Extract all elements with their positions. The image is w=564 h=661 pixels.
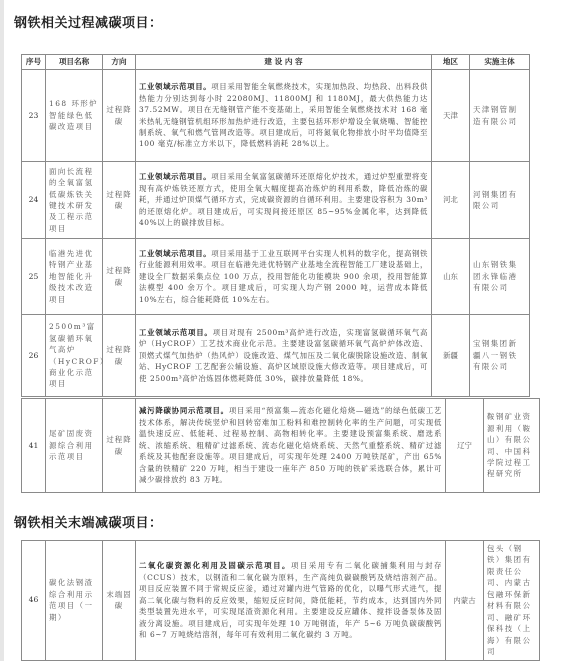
content-body: 项目采用“预富集—流态化磁化焙烧—磁选”的绿色低碳工艺技术体系，解决传统竖炉和回… xyxy=(139,406,442,484)
project-content: 工业领域示范项目。项目对现有 2500m³高炉进行改造，实现富氢碳循环氧气高炉（… xyxy=(136,315,432,397)
content-lead: 工业领域示范项目。 xyxy=(139,249,211,258)
row-no: 26 xyxy=(22,315,46,397)
project-org: 天津钢管制造有限公司 xyxy=(470,70,530,162)
project-name: 2500m³富氢碳循环氧气高炉（HyCROF）商业化示范项目 xyxy=(46,315,103,397)
header-org: 实施主体 xyxy=(470,55,530,70)
row-no: 25 xyxy=(22,239,46,315)
row-no: 23 xyxy=(22,70,46,162)
project-region: 新疆 xyxy=(432,315,470,397)
project-region: 内蒙古 xyxy=(446,541,484,661)
project-name: 临港先进优特钢产业基地智能化升级技术改造项目 xyxy=(46,239,103,315)
table-row: 26 2500m³富氢碳循环氧气高炉（HyCROF）商业化示范项目 过程降碳 工… xyxy=(22,315,530,397)
table-header-row: 序号 项目名称 方向 建 设 内 容 地区 实施主体 xyxy=(22,55,530,70)
content-lead: 减污降碳协同示范项目。 xyxy=(139,406,229,415)
row-no: 24 xyxy=(22,162,46,239)
header-name: 项目名称 xyxy=(46,55,103,70)
content-lead: 工业领域示范项目。 xyxy=(139,172,211,181)
project-org: 山东钢铁集团永锋临港有限公司 xyxy=(470,239,530,315)
project-name: 面向长流程的全氧富氢低碳炼铁关键技术研发及工程示范项目 xyxy=(46,162,103,239)
project-content: 工业领域示范项目。项目采用基于工业互联网平台实现人机料的数字化，提高钢铁行业能源… xyxy=(136,239,432,315)
project-name: 168 环形炉智能绿色低碳改造项目 xyxy=(46,70,103,162)
content-lead: 二氧化碳资源化利用及固碳示范项目。 xyxy=(139,561,291,570)
project-region: 辽宁 xyxy=(446,399,484,493)
table-row: 25 临港先进优特钢产业基地智能化升级技术改造项目 过程降碳 工业领域示范项目。… xyxy=(22,239,530,315)
project-region: 天津 xyxy=(432,70,470,162)
project-content: 工业领域示范项目。项目采用全氧富氢碳循环还原熔化炉技术，通过炉型重塑将变现有高炉… xyxy=(136,162,432,239)
project-org: 包头（钢铁）集团有限责任公司、内蒙古包融环保新材料有限公司、融矿环保科技（上海）… xyxy=(484,541,540,661)
table-row: 24 面向长流程的全氧富氢低碳炼铁关键技术研发及工程示范项目 过程降碳 工业领域… xyxy=(22,162,530,239)
end-projects-table: 46 碳化法钢渣综合利用示范项目（一期） 末端固碳 二氧化碳资源化利用及固碳示范… xyxy=(21,540,540,661)
row-no: 46 xyxy=(22,541,46,661)
project-direction: 过程降碳 xyxy=(103,399,136,493)
project-content: 工业领域示范项目。项目采用智能全氧燃烧技术，实现加热段、均热段、出料段供热能力分… xyxy=(136,70,432,162)
header-no: 序号 xyxy=(22,55,46,70)
project-org: 宝钢集团新疆八一钢铁有限公司 xyxy=(470,315,530,397)
table-row: 46 碳化法钢渣综合利用示范项目（一期） 末端固碳 二氧化碳资源化利用及固碳示范… xyxy=(22,541,540,661)
row-no: 41 xyxy=(22,399,46,493)
section-title-process: 钢铁相关过程减碳项目： xyxy=(14,12,163,31)
project-region: 山东 xyxy=(432,239,470,315)
content-body: 项目采用专有二氧化碳捕集利用与封存（CCUS）技术，以钢渣和二氧化碳为原料，生产… xyxy=(139,561,442,639)
header-content: 建 设 内 容 xyxy=(136,55,432,70)
project-name: 尾矿固废资源综合利用示范项目 xyxy=(46,399,103,493)
content-lead: 工业领域示范项目。 xyxy=(139,328,213,337)
project-content: 减污降碳协同示范项目。项目采用“预富集—流态化磁化焙烧—磁选”的绿色低碳工艺技术… xyxy=(136,399,446,493)
process-projects-table-2: 41 尾矿固废资源综合利用示范项目 过程降碳 减污降碳协同示范项目。项目采用“预… xyxy=(21,398,540,493)
project-org: 河钢集团有限公司 xyxy=(470,162,530,239)
content-lead: 工业领域示范项目。 xyxy=(139,82,211,91)
project-org: 鞍钢矿业资源利用（鞍山）有限公司、中国科学院过程工程研究所 xyxy=(484,399,540,493)
project-name: 碳化法钢渣综合利用示范项目（一期） xyxy=(46,541,103,661)
table-row: 23 168 环形炉智能绿色低碳改造项目 过程降碳 工业领域示范项目。项目采用智… xyxy=(22,70,530,162)
header-region: 地区 xyxy=(432,55,470,70)
project-direction: 过程降碳 xyxy=(103,315,136,397)
section-title-end: 钢铁相关末端减碳项目： xyxy=(14,512,163,531)
project-content: 二氧化碳资源化利用及固碳示范项目。项目采用专有二氧化碳捕集利用与封存（CCUS）… xyxy=(136,541,446,661)
page-left-border xyxy=(0,0,4,661)
content-body: 项目采用智能全氧燃烧技术，实现加热段、均热段、出料段供热能力分别达到每小时 22… xyxy=(139,82,428,148)
header-direction: 方向 xyxy=(103,55,136,70)
project-direction: 过程降碳 xyxy=(103,70,136,162)
project-direction: 过程降碳 xyxy=(103,162,136,239)
process-projects-table: 序号 项目名称 方向 建 设 内 容 地区 实施主体 23 168 环形炉智能绿… xyxy=(21,54,530,397)
table-row: 41 尾矿固废资源综合利用示范项目 过程降碳 减污降碳协同示范项目。项目采用“预… xyxy=(22,399,540,493)
project-region: 河北 xyxy=(432,162,470,239)
project-direction: 过程降碳 xyxy=(103,239,136,315)
project-direction: 末端固碳 xyxy=(103,541,136,661)
